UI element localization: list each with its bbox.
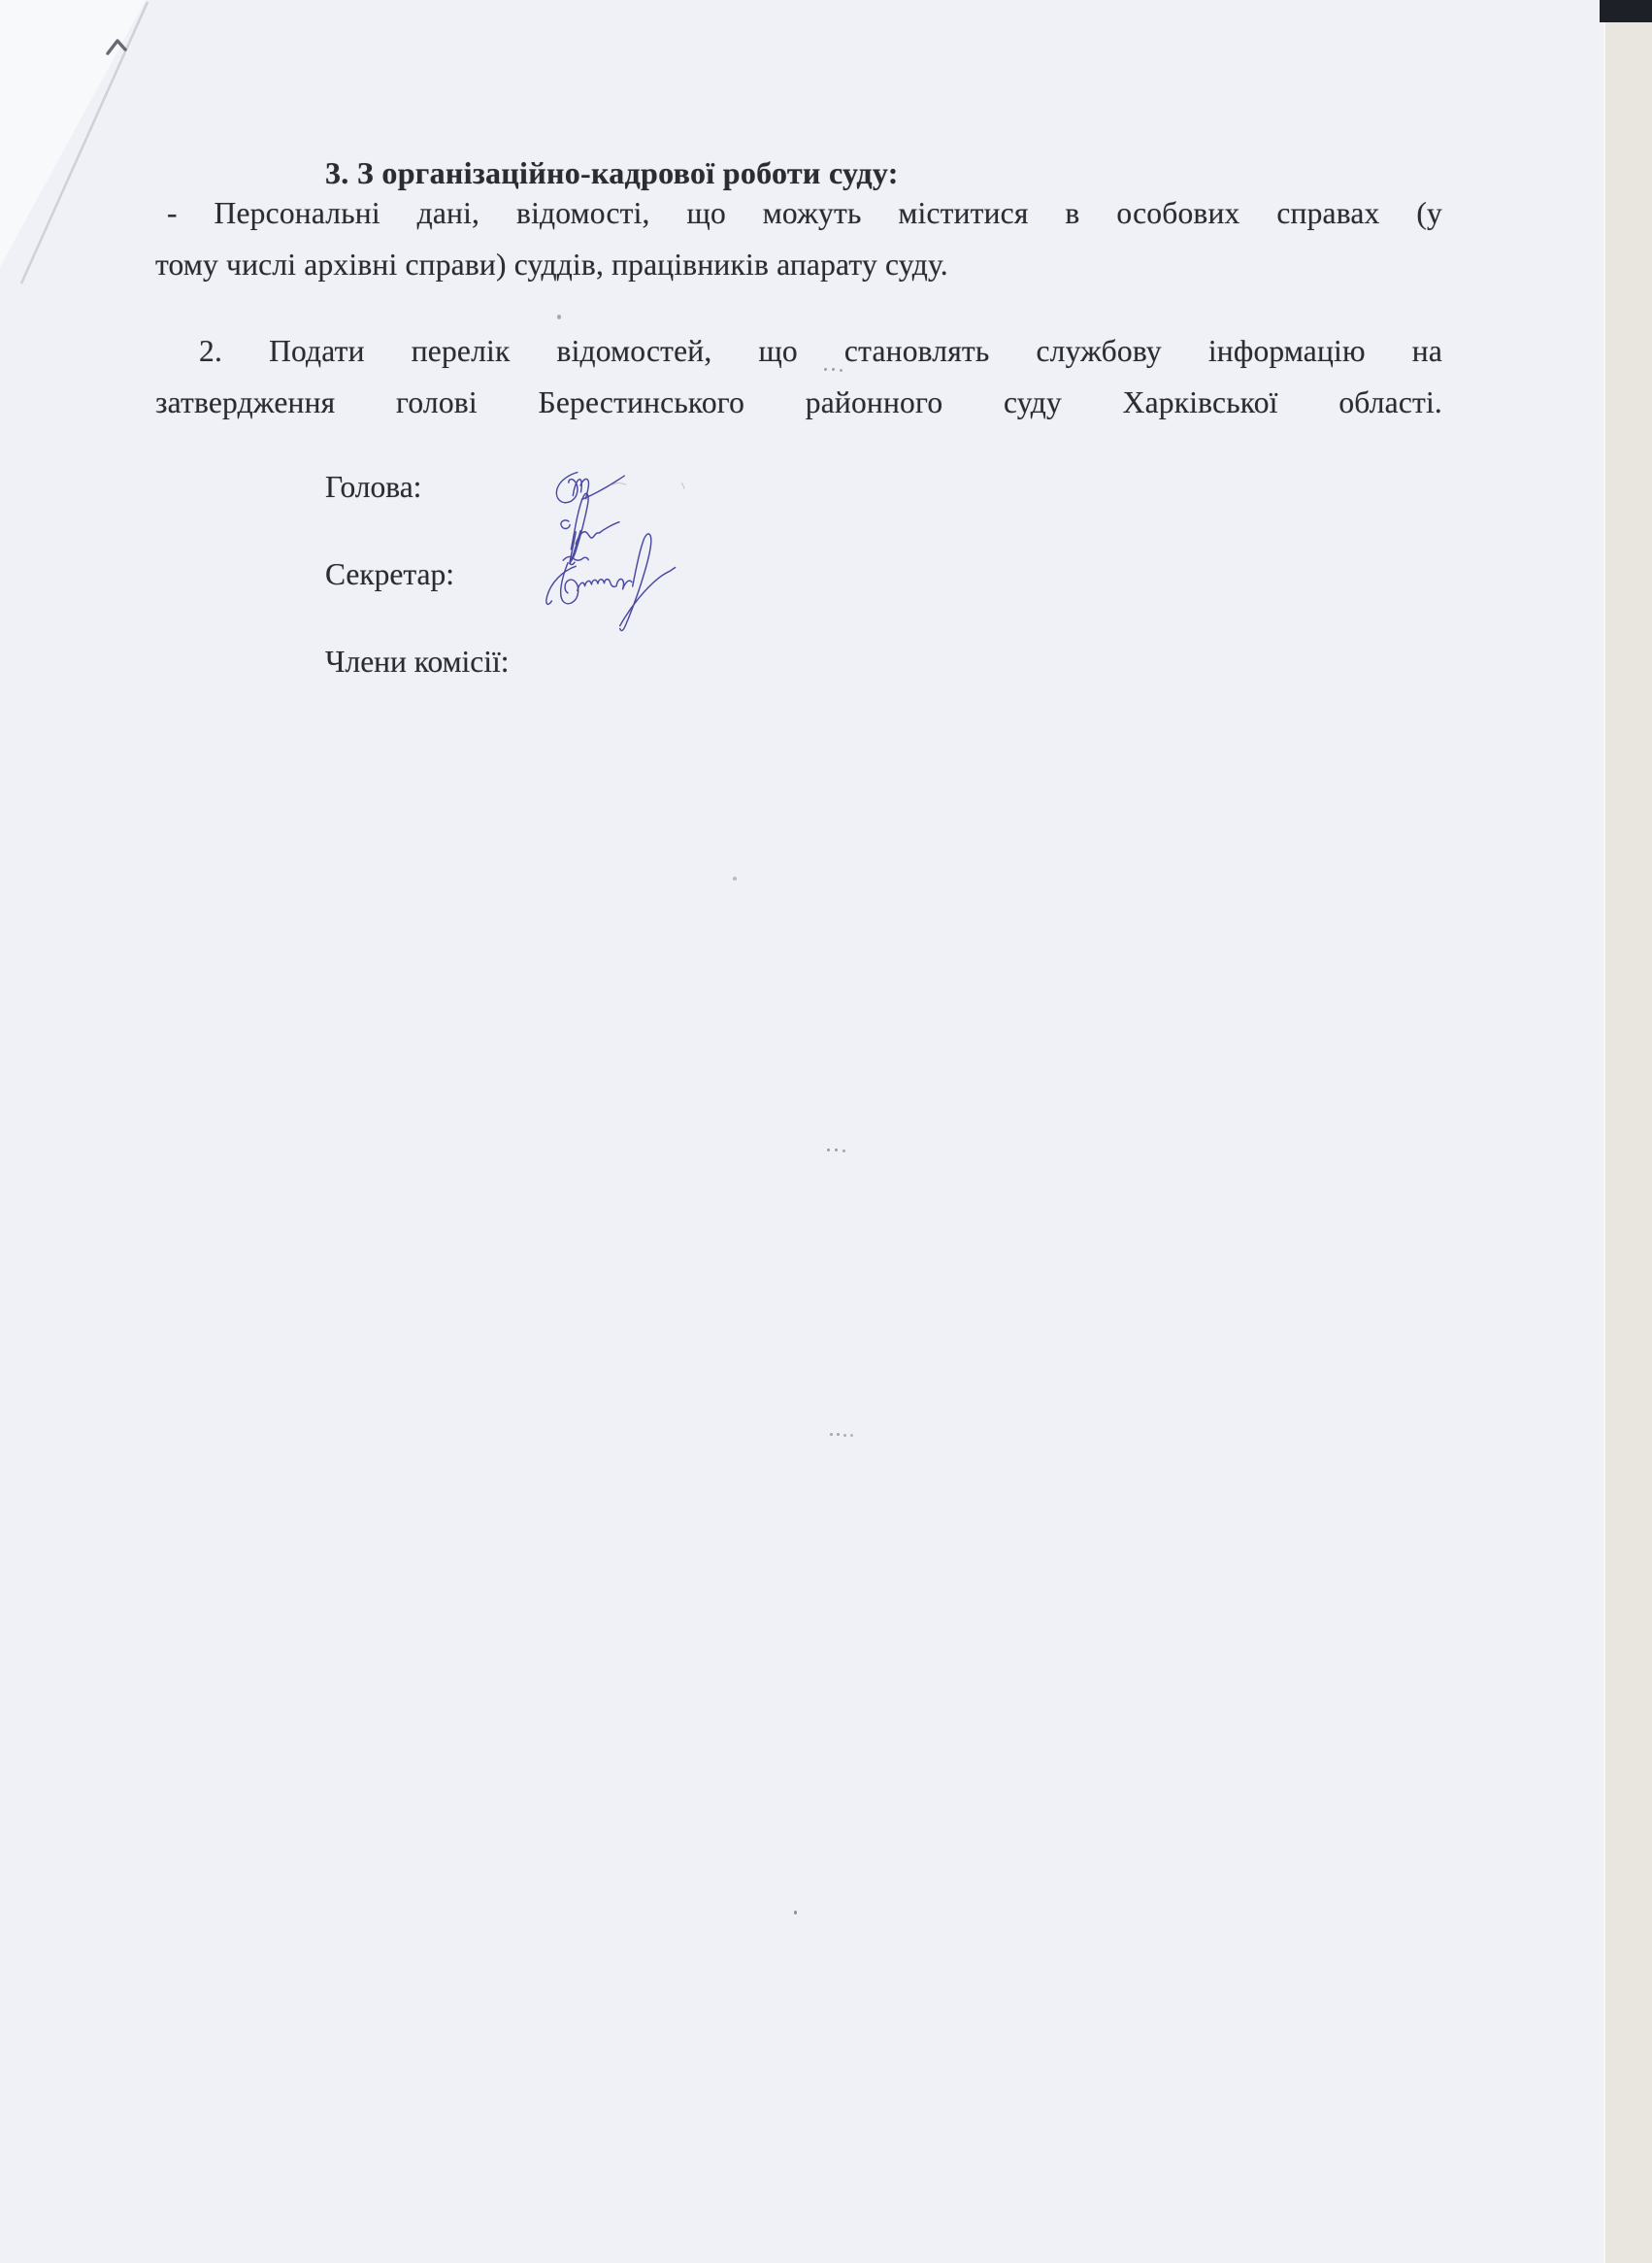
signatures-area <box>539 413 908 859</box>
scan-speck <box>824 368 827 371</box>
scan-speck <box>557 315 561 319</box>
faint-pencil-marks <box>611 483 684 489</box>
scan-speck <box>733 877 737 881</box>
scan-speck <box>830 1433 833 1436</box>
ink-strokes <box>546 473 676 631</box>
secretary-signature <box>561 493 619 563</box>
paragraph-1-line-2: тому числі архівні справи) суддів, праці… <box>155 239 1442 290</box>
commission-members-label: Члени комісії: <box>325 645 510 680</box>
scan-speck <box>827 1148 830 1151</box>
signature-block: Голова: Секретар: Члени комісії: <box>325 470 510 732</box>
paragraph-1-line-1: - Персональні дані, відомості, що можуть… <box>155 187 1442 239</box>
scanned-document-page: 3. З організаційно-кадрової роботи суду:… <box>0 0 1652 2263</box>
secretary-label: Секретар: <box>325 557 510 592</box>
chairman-signature <box>556 473 624 503</box>
document-body: 3. З організаційно-кадрової роботи суду:… <box>155 148 1442 428</box>
scanner-edge-strip <box>1603 0 1652 2263</box>
scan-black-bar <box>1600 0 1652 22</box>
commission-members-signature <box>546 531 676 631</box>
paragraph-2-line-1: 2. Подати перелік відомостей, що становл… <box>155 325 1442 377</box>
chairman-label: Голова: <box>325 470 510 505</box>
scan-speck <box>794 1911 797 1914</box>
